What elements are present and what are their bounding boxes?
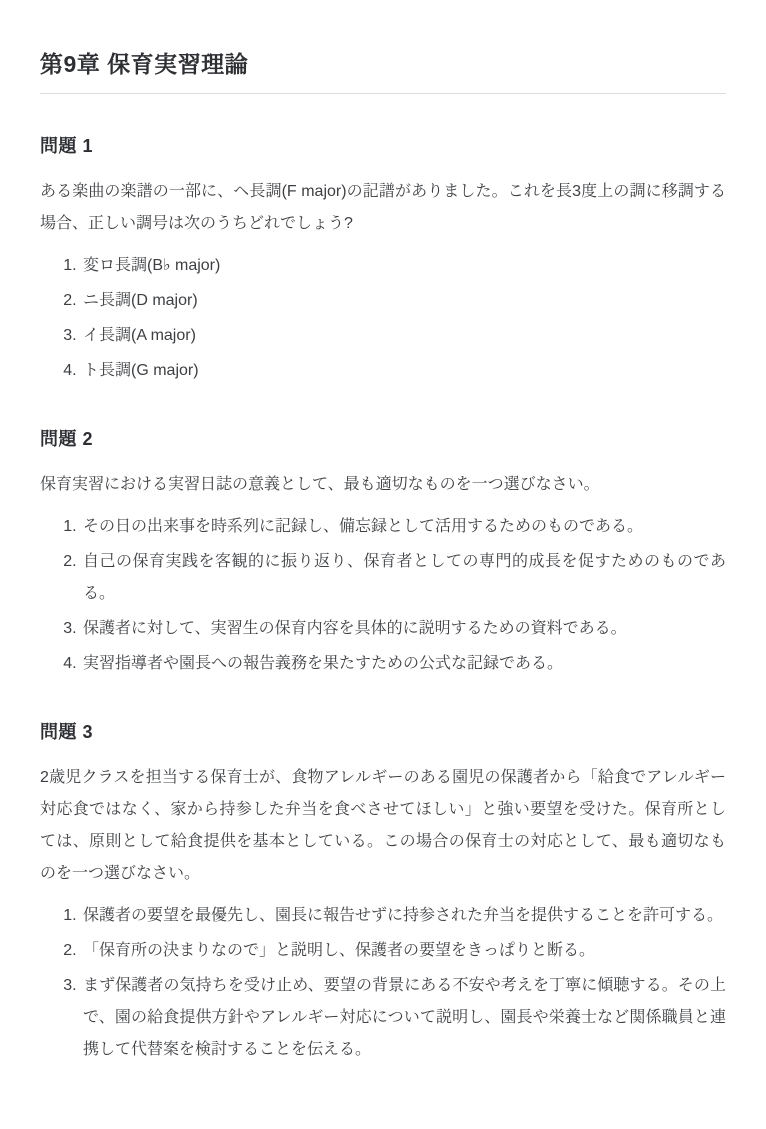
- question-2-options-list: その日の出来事を時系列に記録し、備忘録として活用するためのものである。 自己の保…: [40, 511, 726, 680]
- chapter-title: 第9章 保育実習理論: [40, 46, 726, 94]
- option-item: 実習指導者や園長への報告義務を果たすための公式な記録である。: [81, 648, 726, 680]
- question-1-body: ある楽曲の楽譜の一部に、ヘ長調(F major)の記譜がありました。これを長3度…: [40, 176, 726, 240]
- option-item: 自己の保育実践を客観的に振り返り、保育者としての専門的成長を促すためのものである…: [81, 546, 726, 610]
- option-item: ニ長調(D major): [81, 285, 726, 317]
- option-item: ト長調(G major): [81, 355, 726, 387]
- question-section-3: 問題 3 2歳児クラスを担当する保育士が、食物アレルギーのある園児の保護者から「…: [40, 718, 726, 1066]
- question-1-options-list: 変ロ長調(B♭ major) ニ長調(D major) イ長調(A major)…: [40, 250, 726, 387]
- question-3-options-list: 保護者の要望を最優先し、園長に報告せずに持参された弁当を提供することを許可する。…: [40, 900, 726, 1066]
- option-item: 変ロ長調(B♭ major): [81, 250, 726, 282]
- option-item: 「保育所の決まりなので」と説明し、保護者の要望をきっぱりと断る。: [81, 935, 726, 967]
- document-page: 第9章 保育実習理論 問題 1 ある楽曲の楽譜の一部に、ヘ長調(F major)…: [0, 0, 766, 1129]
- option-item: イ長調(A major): [81, 320, 726, 352]
- question-section-1: 問題 1 ある楽曲の楽譜の一部に、ヘ長調(F major)の記譜がありました。こ…: [40, 132, 726, 387]
- option-item: まず保護者の気持ちを受け止め、要望の背景にある不安や考えを丁寧に傾聴する。その上…: [81, 970, 726, 1066]
- question-3-body: 2歳児クラスを担当する保育士が、食物アレルギーのある園児の保護者から「給食でアレ…: [40, 762, 726, 890]
- option-item: 保護者に対して、実習生の保育内容を具体的に説明するための資料である。: [81, 613, 726, 645]
- option-item: 保護者の要望を最優先し、園長に報告せずに持参された弁当を提供することを許可する。: [81, 900, 726, 932]
- question-2-body: 保育実習における実習日誌の意義として、最も適切なものを一つ選びなさい。: [40, 469, 726, 501]
- option-item: その日の出来事を時系列に記録し、備忘録として活用するためのものである。: [81, 511, 726, 543]
- question-1-heading: 問題 1: [40, 132, 726, 158]
- question-2-heading: 問題 2: [40, 425, 726, 451]
- question-3-heading: 問題 3: [40, 718, 726, 744]
- question-section-2: 問題 2 保育実習における実習日誌の意義として、最も適切なものを一つ選びなさい。…: [40, 425, 726, 680]
